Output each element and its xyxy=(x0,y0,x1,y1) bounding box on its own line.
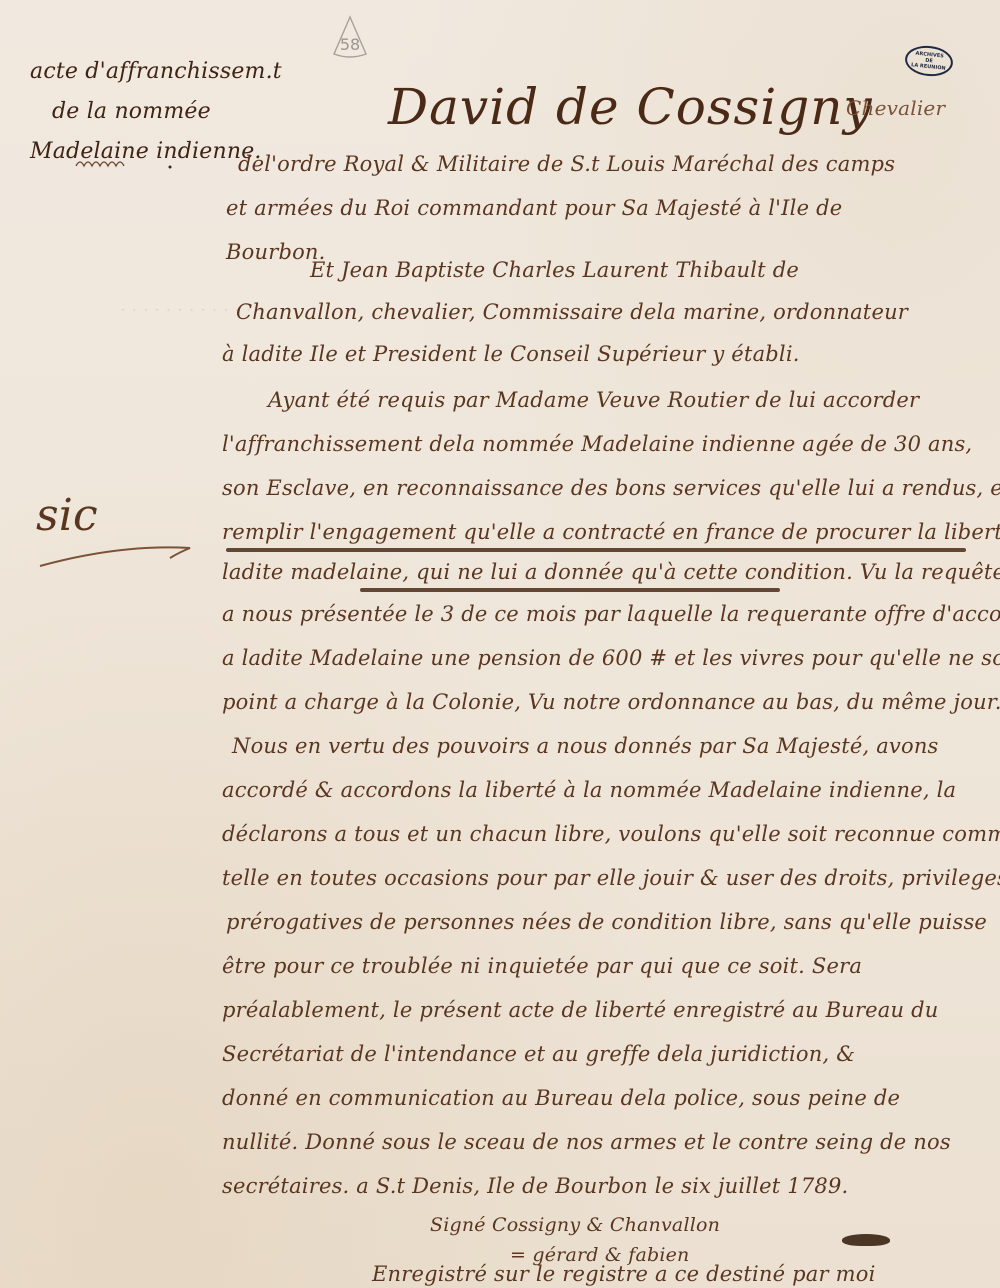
pencil-number: 58 xyxy=(340,35,360,54)
stamp-line: LA REUNION xyxy=(911,62,946,72)
signature-line: Signé Cossigny & Chanvallon xyxy=(430,1214,720,1236)
body-line: Chanvallon, chevalier, Commissaire dela … xyxy=(236,300,908,324)
body-line: prérogatives de personnes nées de condit… xyxy=(226,910,987,934)
body-line: del'ordre Royal & Militaire de S.t Louis… xyxy=(238,152,895,176)
heading-title: Chevalier xyxy=(846,96,945,120)
body-line: accordé & accordons la liberté à la nomm… xyxy=(222,778,956,802)
body-line: Secrétariat de l'intendance et au greffe… xyxy=(222,1042,855,1066)
archives-stamp: ARCHIVES DE LA REUNION xyxy=(904,44,955,79)
body-line: a nous présentée le 3 de ce mois par laq… xyxy=(222,602,1000,626)
body-line: secrétaires. a S.t Denis, Ile de Bourbon… xyxy=(222,1174,848,1198)
underline-stroke xyxy=(360,588,780,592)
body-line: point a charge à la Colonie, Vu notre or… xyxy=(222,690,1000,714)
registration-line: Enregistré sur le registre a ce destiné … xyxy=(372,1262,876,1286)
margin-note-line: acte d'affranchissem.t xyxy=(30,52,282,92)
margin-note-line: de la nommée xyxy=(30,92,282,132)
body-line: Ayant été requis par Madame Veuve Routie… xyxy=(268,388,919,412)
body-line: donné en communication au Bureau dela po… xyxy=(222,1086,900,1110)
body-line: son Esclave, en reconnaissance des bons … xyxy=(222,476,1000,500)
body-line: être pour ce troublée ni inquietée par q… xyxy=(222,954,862,978)
body-line: Et Jean Baptiste Charles Laurent Thibaul… xyxy=(310,258,799,282)
squiggle-flourish-icon xyxy=(74,156,174,170)
body-line: à ladite Ile et President le Conseil Sup… xyxy=(222,342,800,366)
body-line: et armées du Roi commandant pour Sa Maje… xyxy=(226,196,842,220)
manuscript-page: · · · · · · · · · · · · · · · 58 ARCHIVE… xyxy=(0,0,1000,1288)
sic-underline-flourish-icon xyxy=(30,530,200,570)
body-line: a ladite Madelaine une pension de 600 # … xyxy=(222,646,1000,670)
body-line: l'affranchissement dela nommée Madelaine… xyxy=(222,432,972,456)
body-line: ladite madelaine, qui ne lui a donnée qu… xyxy=(222,560,1000,584)
body-line: préalablement, le présent acte de libert… xyxy=(222,998,939,1022)
body-line: remplir l'engagement qu'elle a contracté… xyxy=(222,520,1000,544)
body-line: nullité. Donné sous le sceau de nos arme… xyxy=(222,1130,951,1154)
body-line: Nous en vertu des pouvoirs a nous donnés… xyxy=(232,734,939,758)
body-line: telle en toutes occasions pour par elle … xyxy=(222,866,1000,890)
body-line: déclarons a tous et un chacun libre, vou… xyxy=(222,822,1000,846)
pencil-folio-number: 58 xyxy=(330,14,370,60)
heading-name: David de Cossigny xyxy=(388,78,873,136)
underline-stroke xyxy=(226,548,966,552)
ink-blot xyxy=(842,1234,890,1246)
